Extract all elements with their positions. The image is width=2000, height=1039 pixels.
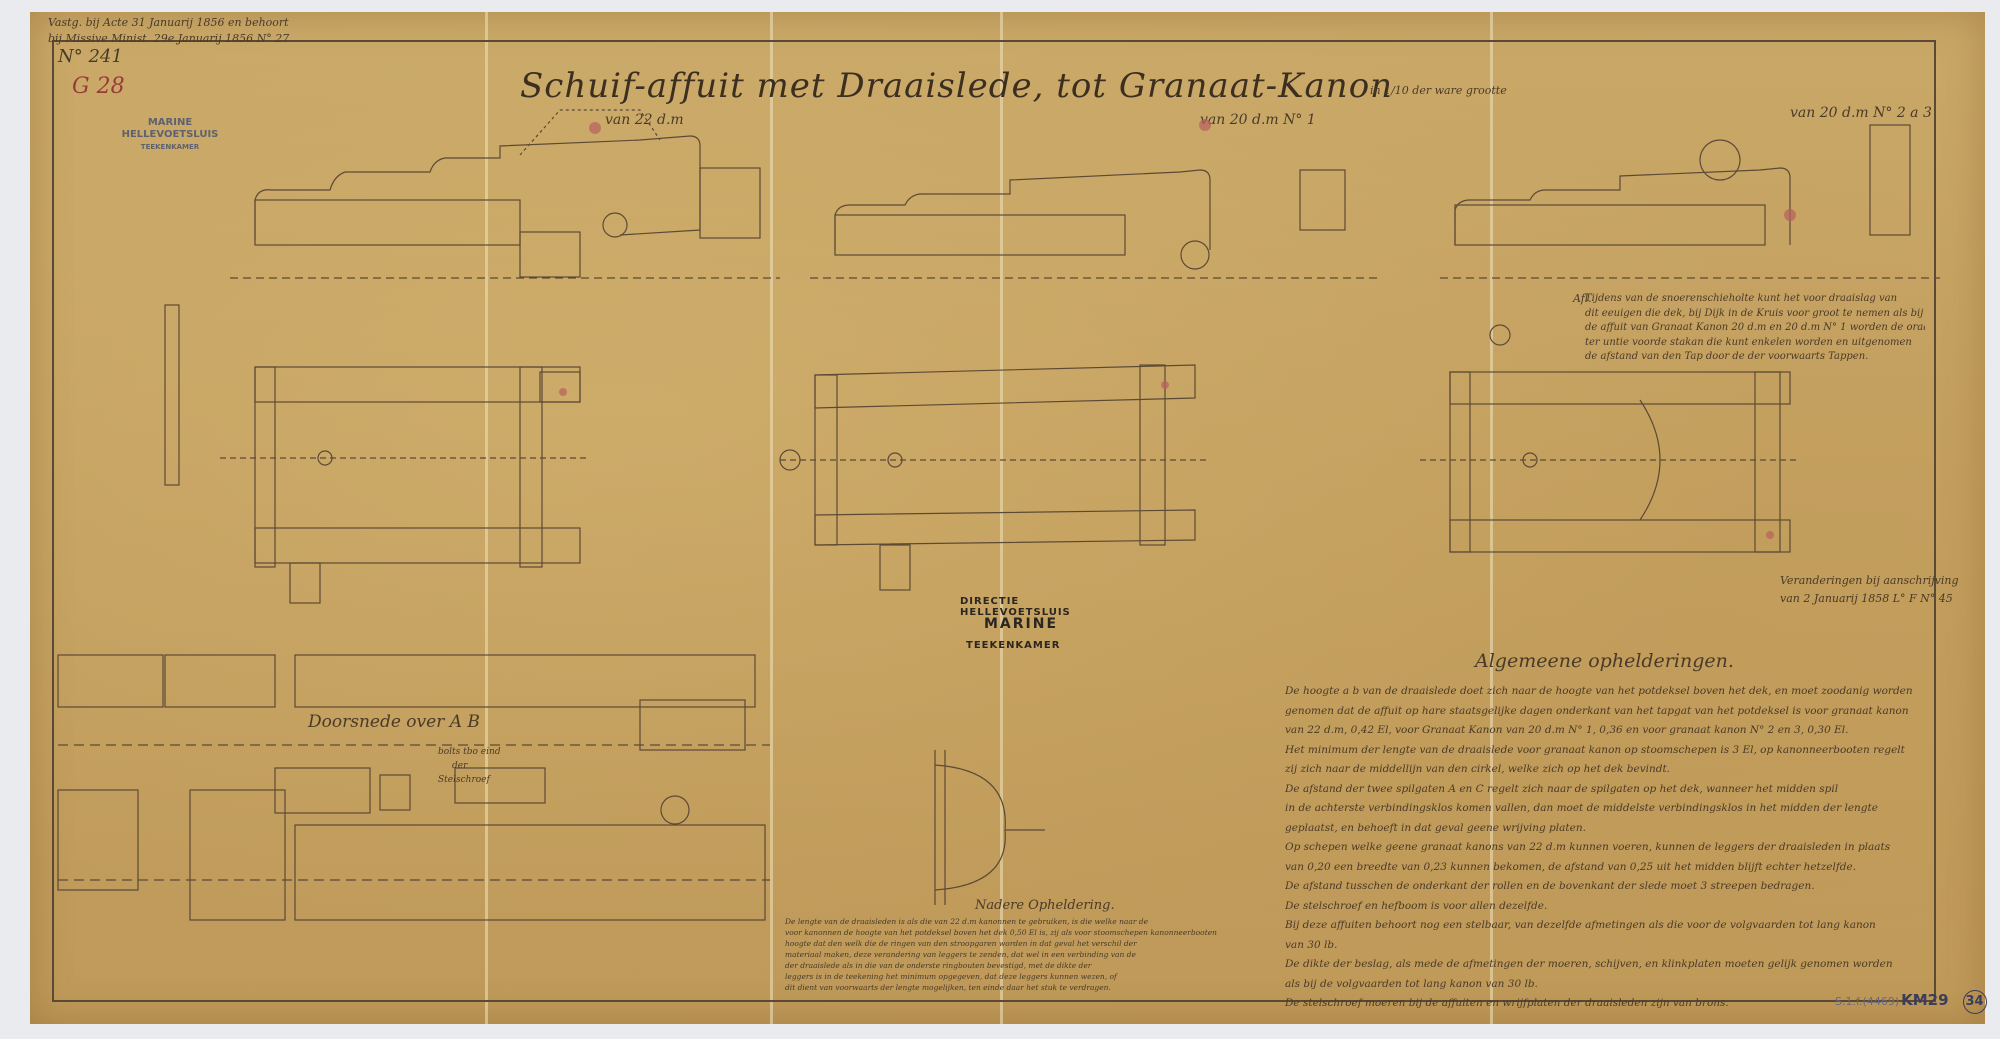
note-line: de affuit van Granaat Kanon 20 d.m en 20… <box>1585 321 1925 336</box>
general-notes-title: Algemeene ophelderingen. <box>1475 650 1734 672</box>
note-line: De hoogte a b van de draaislede doet zic… <box>1285 682 1960 702</box>
catalog-mark: S.1.f.(4469)KM2934 <box>1835 990 1987 1014</box>
lower-notes: De lengte van de draaisleden is als die … <box>785 916 1225 993</box>
note-line: van 2 Januarij 1858 L° F N° 45 <box>1780 590 1959 608</box>
note-line: De dikte der beslag, als mede de afmetin… <box>1285 955 1960 975</box>
general-notes: De hoogte a b van de draaislede doet zic… <box>1285 682 1960 1014</box>
note-line: geplaatst, en behoeft in dat geval geene… <box>1285 819 1960 839</box>
note-line: Op schepen welke geene granaat kanons va… <box>1285 838 1960 858</box>
note-line: De afstand tusschen de onderkant der rol… <box>1285 877 1960 897</box>
amendment-note: Veranderingen bij aanschrijving van 2 Ja… <box>1780 572 1959 608</box>
note-line: Bij deze affuiten behoort nog een stelba… <box>1285 916 1960 936</box>
note-line: De stelschroef en hefboom is voor allen … <box>1285 897 1960 917</box>
catalog-page-number: 34 <box>1963 990 1987 1014</box>
section-label: Doorsnede over A B <box>308 712 480 732</box>
note-line: de afstand van den Tap door de der voorw… <box>1585 350 1925 365</box>
note-line: zij zich naar de middellijn van den cirk… <box>1285 760 1960 780</box>
note-line: der draaislede als in die van de onderst… <box>785 960 1225 971</box>
note-line: materiaal maken, deze verandering van le… <box>785 949 1225 960</box>
stamp-line: DIRECTIE HELLEVOETSLUIS <box>960 596 1102 618</box>
note-line: bolts tbo eind <box>438 745 501 759</box>
note-line: voor kanonnen de hoogte van het potdekse… <box>785 927 1225 938</box>
note-line: Veranderingen bij aanschrijving <box>1780 572 1959 590</box>
note-line: ter untie voorde stakan die kunt enkelen… <box>1585 336 1925 351</box>
stamp-line: MARINE <box>984 616 1058 632</box>
note-line: Stelschroef <box>438 773 501 787</box>
note-line: leggers is in de teekening het minimum o… <box>785 971 1225 982</box>
note-line: Tijdens van de snoerenschieholte kunt he… <box>1585 292 1925 307</box>
stamp-line: TEEKENKAMER <box>966 640 1060 651</box>
side-label: bolts tbo eind der Stelschroef <box>438 745 501 787</box>
note-line: van 30 lb. <box>1285 936 1960 956</box>
note-line: dit eeuigen die dek, bij Dijk in de Krui… <box>1585 307 1925 322</box>
directie-stamp: DIRECTIE HELLEVOETSLUIS MARINE TEEKENKAM… <box>952 590 1102 665</box>
lower-notes-title: Nadere Opheldering. <box>975 898 1115 913</box>
catalog-code: KM29 <box>1901 991 1948 1009</box>
note-line: van 0,20 een breedte van 0,23 kunnen bek… <box>1285 858 1960 878</box>
note-line: dit dient van voorwaarts der lengte moge… <box>785 982 1225 993</box>
note-line: hoogte dat den welk die de ringen van de… <box>785 938 1225 949</box>
note-line: der <box>438 759 501 773</box>
note-line: De lengte van de draaisleden is als die … <box>785 916 1225 927</box>
note-line: genomen dat de affuit op hare staatsgeli… <box>1285 702 1960 722</box>
catalog-prefix: S.1.f.(4469) <box>1835 995 1899 1008</box>
note-line: Het minimum der lengte van de draaislede… <box>1285 741 1960 761</box>
note-line: De afstand der twee spilgaten A en C reg… <box>1285 780 1960 800</box>
note-line: in de achterste verbindingsklos komen va… <box>1285 799 1960 819</box>
right-note: Tijdens van de snoerenschieholte kunt he… <box>1585 292 1925 365</box>
note-line: van 22 d.m, 0,42 El, voor Granaat Kanon … <box>1285 721 1960 741</box>
